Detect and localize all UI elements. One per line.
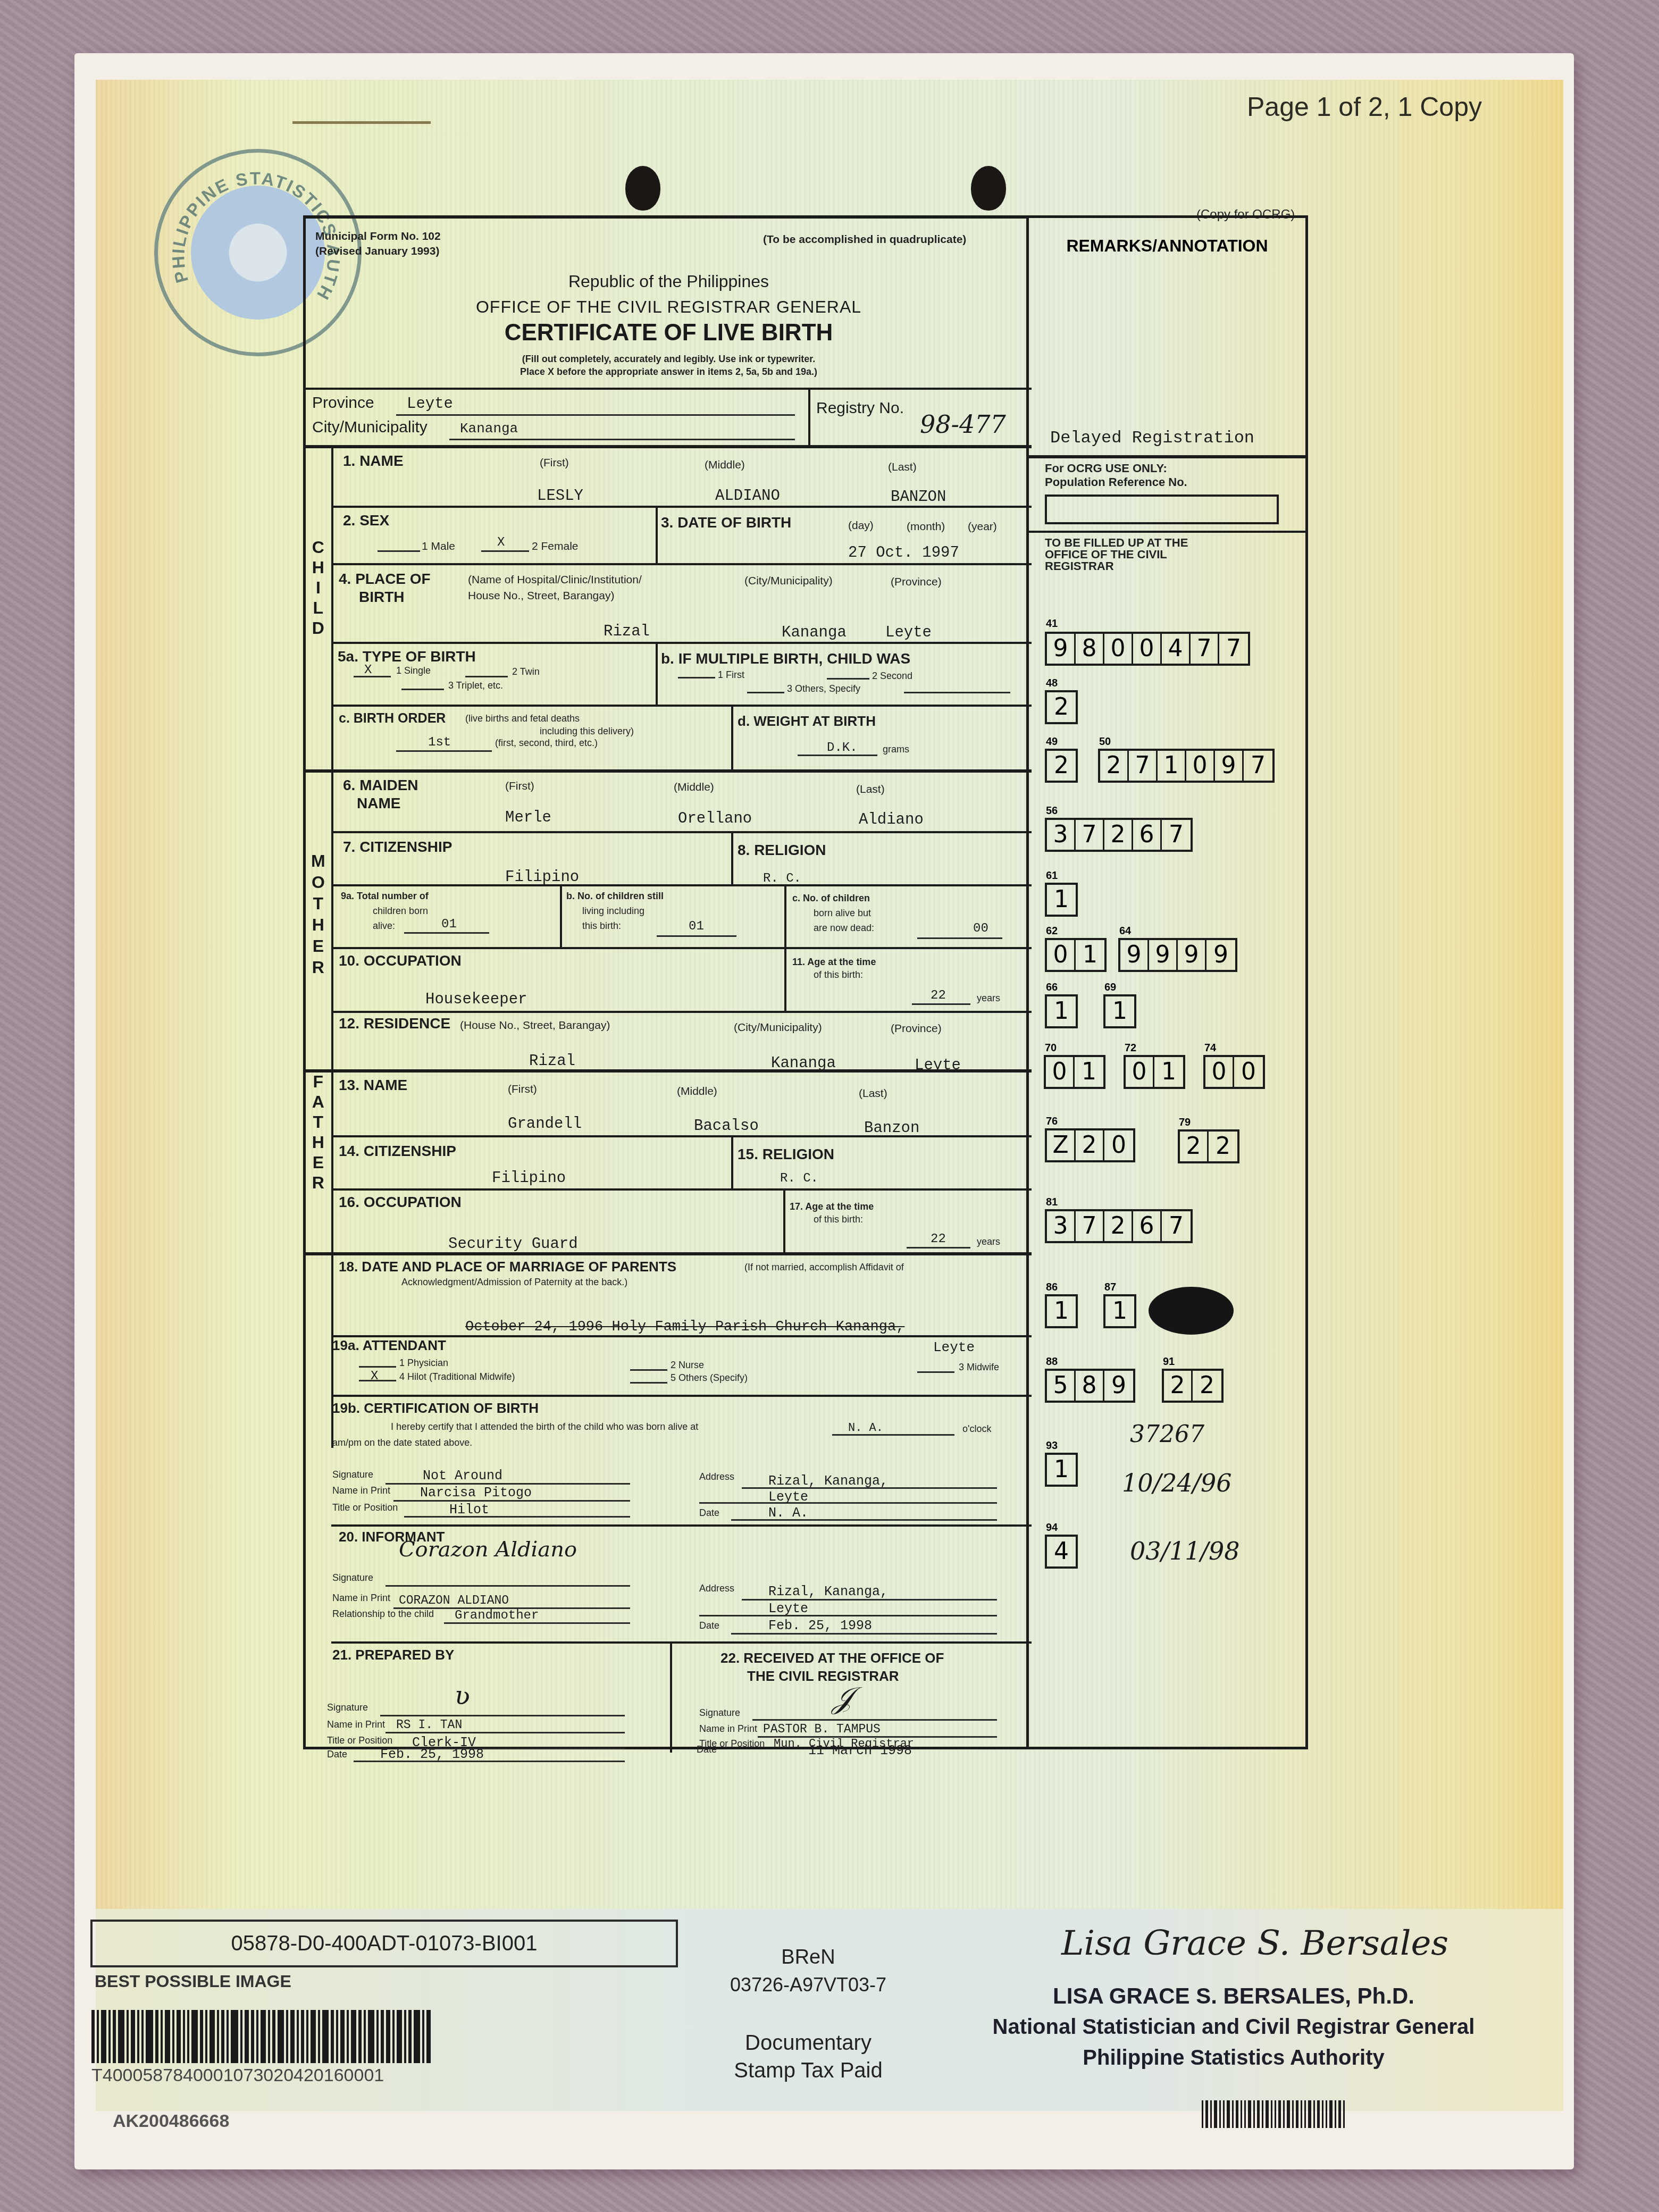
code-79-label: 79: [1179, 1117, 1191, 1129]
underline: [907, 1247, 970, 1249]
digit: 0: [1133, 634, 1162, 664]
digit: 1: [1154, 1057, 1183, 1087]
pob-label: 4. PLACE OF: [339, 571, 431, 588]
code-48-boxes: 2: [1045, 690, 1078, 724]
code-66-label: 66: [1046, 982, 1058, 994]
code-88-boxes: 589: [1045, 1369, 1135, 1403]
prepared-by-date: Feb. 25, 1998: [380, 1747, 484, 1762]
digit: 2: [1180, 1132, 1209, 1161]
divider: [331, 642, 1032, 644]
father-religion-label: 15. RELIGION: [738, 1146, 834, 1163]
divider: [331, 1135, 1032, 1137]
code-91-boxes: 22: [1162, 1369, 1224, 1403]
digit: 9: [1104, 1371, 1133, 1401]
hole-punch-right: [971, 166, 1006, 211]
digit: 7: [1076, 820, 1104, 850]
underline: [912, 1003, 970, 1005]
underline: [396, 414, 795, 416]
mother-age-unit: years: [977, 993, 1000, 1004]
underline: [378, 550, 420, 552]
received-by-date: 11 March 1998: [808, 1743, 912, 1758]
digit: 3: [1047, 820, 1076, 850]
signature-label: Signature: [699, 1707, 740, 1719]
registrar-label-3: REGISTRAR: [1045, 559, 1114, 573]
pob-city: Kananga: [782, 624, 847, 641]
child-last-name: BANZON: [891, 488, 946, 506]
mother-last-name: Aldiano: [859, 811, 924, 828]
attendant-nurse: 2 Nurse: [671, 1360, 704, 1371]
digit: 8: [1076, 634, 1104, 664]
code-74-boxes: 00: [1203, 1055, 1265, 1089]
attendant-name: Narcisa Pitogo: [420, 1485, 532, 1501]
dob-year-label: (year): [968, 521, 997, 533]
type-triplet: 3 Triplet, etc.: [448, 680, 503, 691]
underline: [396, 750, 492, 752]
birth-order-note-2: including this delivery): [540, 726, 634, 737]
attendant-others: 5 Others (Specify): [671, 1372, 748, 1384]
title-label: Title or Position: [327, 1735, 392, 1746]
digit: 1: [1047, 996, 1076, 1026]
remarks-column: REMARKS/ANNOTATION Delayed Registration …: [1026, 215, 1308, 1749]
digit: 2: [1193, 1371, 1221, 1401]
marriage-note-1: (If not married, accomplish Affidavit of: [744, 1262, 904, 1273]
digit: 9: [1120, 940, 1149, 970]
last-label: (Last): [859, 1087, 887, 1100]
redacted-blot: [1149, 1287, 1234, 1335]
divider: [306, 1069, 1032, 1073]
code-76-label: 76: [1046, 1116, 1058, 1128]
code-88-label: 88: [1046, 1356, 1058, 1368]
first-label: (First): [505, 780, 534, 793]
digit: 1: [1047, 1455, 1076, 1485]
born-alive-label-1: 9a. Total number of: [341, 891, 429, 902]
underline: [449, 439, 795, 440]
code-72-boxes: 01: [1124, 1055, 1185, 1089]
certificate-title: CERTIFICATE OF LIVE BIRTH: [306, 320, 1032, 346]
residence-province-label: (Province): [891, 1023, 942, 1035]
digit: 7: [1219, 634, 1248, 664]
attendant-physician: 1 Physician: [399, 1358, 448, 1369]
code-50-label: 50: [1099, 736, 1111, 748]
divider: [331, 1011, 1032, 1013]
received-by-name: PASTOR B. TAMPUS: [763, 1722, 881, 1736]
signature-label: Signature: [332, 1572, 373, 1583]
digit: 1: [1047, 1296, 1076, 1326]
dead-label-3: are now dead:: [814, 923, 874, 934]
dob-value: 27 Oct. 1997: [848, 544, 959, 562]
multiple-others: 3 Others, Specify: [787, 683, 860, 694]
code-64-label: 64: [1119, 925, 1131, 937]
divider: [331, 884, 1032, 886]
signatory-name: LISA GRACE S. BERSALES, Ph.D.: [978, 1983, 1489, 2009]
underline: [404, 932, 489, 934]
divider: [731, 705, 733, 770]
mother-occupation-label: 10. OCCUPATION: [339, 952, 462, 969]
digit: 7: [1191, 634, 1219, 664]
prepared-by-name: RS I. TAN: [396, 1718, 462, 1732]
middle-label: (Middle): [674, 781, 714, 794]
digit: 8: [1076, 1371, 1104, 1401]
attendant-mark: X: [371, 1369, 378, 1384]
barcode-number: T4000587840001073020420160001: [91, 2065, 384, 2086]
code-91-label: 91: [1163, 1356, 1175, 1368]
underline: [465, 676, 508, 677]
born-alive-label-2: children born: [373, 906, 428, 917]
dob-day-label: (day): [848, 520, 874, 532]
divider: [331, 705, 1032, 707]
name-in-print-label: Name in Print: [327, 1719, 385, 1730]
marriage-note-2: Acknowledgment/Admission of Paternity at…: [401, 1277, 627, 1288]
stamp-tax-label-2: Stamp Tax Paid: [702, 2059, 915, 2083]
father-occupation: Security Guard: [448, 1235, 578, 1253]
digit: 2: [1047, 692, 1076, 722]
underline: [481, 550, 529, 552]
population-ref-label: Population Reference No.: [1045, 475, 1187, 489]
living-label-3: this birth:: [582, 920, 621, 932]
code-56-label: 56: [1046, 805, 1058, 817]
digit: 1: [1076, 940, 1104, 970]
code-41-label: 41: [1046, 618, 1058, 630]
hole-punch-left: [625, 166, 660, 211]
population-ref-field[interactable]: [1045, 495, 1279, 524]
birth-order-note-1: (live births and fetal deaths: [465, 713, 580, 724]
ocrg-use-label: For OCRG USE ONLY:: [1045, 462, 1167, 475]
divider: [783, 1188, 785, 1252]
underline: [678, 677, 715, 678]
code-93-boxes: 1: [1045, 1453, 1078, 1487]
underline: [752, 1719, 997, 1721]
digit: 9: [1149, 940, 1178, 970]
dead-label-1: c. No. of children: [792, 893, 870, 904]
weight-unit: grams: [883, 744, 909, 755]
father-name-label: 13. NAME: [339, 1077, 407, 1094]
top-rule: [292, 121, 431, 124]
mother-maiden-label: 6. MAIDEN: [343, 777, 418, 794]
signatory-title: National Statistician and Civil Registra…: [978, 2015, 1489, 2039]
underline: [386, 1585, 630, 1587]
code-61-boxes: 1: [1045, 883, 1078, 917]
certification-text-3: am/pm on the date stated above.: [332, 1437, 472, 1448]
code-86-label: 86: [1046, 1281, 1058, 1294]
first-label: (First): [540, 457, 569, 470]
living-label-2: living including: [582, 906, 644, 917]
underline: [917, 937, 1002, 939]
certification-oclock: o'clock: [962, 1423, 991, 1435]
attendant-address-2: Leyte: [768, 1489, 808, 1505]
received-by-signature: 𝒥: [832, 1681, 853, 1716]
underline: [386, 1483, 630, 1485]
informant-address-2: Leyte: [768, 1601, 808, 1616]
code-62-boxes: 01: [1045, 938, 1107, 972]
code-41-boxes: 9800477: [1045, 632, 1250, 666]
pob-label-2: BIRTH: [359, 589, 405, 606]
code-66-boxes: 1: [1045, 994, 1078, 1028]
section-label-child: CHILD: [306, 538, 330, 645]
code-81-label: 81: [1046, 1196, 1058, 1209]
middle-label: (Middle): [677, 1085, 717, 1098]
pob-province-label: (Province): [891, 576, 942, 589]
code-94-label: 94: [1046, 1522, 1058, 1534]
name-in-print-label: Name in Print: [332, 1593, 390, 1604]
address-label: Address: [699, 1583, 734, 1594]
father-first-name: Grandell: [508, 1115, 582, 1133]
father-age-label-1: 17. Age at the time: [790, 1201, 874, 1212]
mother-residence-label: 12. RESIDENCE: [339, 1015, 450, 1032]
digit: 0: [1047, 940, 1076, 970]
pob-city-label: (City/Municipality): [744, 575, 833, 588]
birth-order-value: 1st: [428, 735, 451, 750]
father-last-name: Banzon: [864, 1119, 919, 1137]
registry-label: Registry No.: [816, 399, 904, 417]
attendant-label: 19a. ATTENDANT: [332, 1337, 446, 1354]
digit: 4: [1047, 1537, 1076, 1566]
section-label-mother: MOTHER: [306, 851, 330, 985]
born-alive-label-3: alive:: [373, 920, 395, 932]
code-86-boxes: 1: [1045, 1294, 1078, 1328]
divider: [306, 445, 1032, 448]
mother-citizenship: Filipino: [505, 868, 579, 886]
received-label-1: 22. RECEIVED AT THE OFFICE OF: [720, 1650, 944, 1666]
form-number: Municipal Form No. 102: [315, 230, 441, 243]
code-61-label: 61: [1046, 870, 1058, 882]
code-70-label: 70: [1045, 1042, 1057, 1054]
marriage-value-2: Leyte: [933, 1339, 975, 1355]
underline: [630, 1369, 667, 1371]
underline: [380, 1715, 625, 1716]
digit: 9: [1047, 634, 1076, 664]
digit: Z: [1047, 1130, 1076, 1160]
code-76-boxes: Z20: [1045, 1128, 1135, 1162]
mother-middle-name: Orellano: [678, 810, 752, 827]
bren-number: 03726-A97VT03-7: [702, 1974, 915, 1996]
mother-religion: R. C.: [763, 872, 801, 886]
barcode-main: [91, 2010, 433, 2063]
code-50-boxes: 271097: [1098, 749, 1275, 783]
name-in-print-label: Name in Print: [332, 1485, 390, 1496]
stamp-tax-label-1: Documentary: [702, 2031, 915, 2055]
divider: [306, 769, 1032, 773]
handwritten-note-3: 03/11/98: [1130, 1537, 1240, 1565]
attendant-signature: Not Around: [423, 1468, 502, 1484]
pob-place: Rizal: [604, 623, 650, 640]
middle-label: (Middle): [705, 459, 745, 472]
underline: [401, 689, 444, 690]
digit: 2: [1076, 1130, 1104, 1160]
code-48-label: 48: [1046, 677, 1058, 690]
digit: 2: [1047, 751, 1076, 781]
underline: [904, 692, 1010, 693]
page-indicator: Page 1 of 2, 1 Copy: [1247, 91, 1482, 122]
date-label: Date: [699, 1507, 719, 1519]
father-age-label-2: of this birth:: [814, 1214, 863, 1225]
address-label: Address: [699, 1471, 734, 1482]
multiple-first: 1 First: [718, 669, 744, 681]
certification-label: 19b. CERTIFICATION OF BIRTH: [332, 1400, 539, 1417]
sex-option-female: 2 Female: [532, 540, 579, 553]
attendant-date: N. A.: [768, 1505, 808, 1521]
mother-age: 22: [931, 988, 946, 1003]
father-religion: R. C.: [780, 1171, 818, 1186]
registrar-signature: Lisa Grace S. Bersales: [1000, 1924, 1510, 1963]
father-age: 22: [931, 1232, 946, 1246]
digit: 1: [1075, 1057, 1103, 1087]
multiple-second: 2 Second: [872, 671, 912, 682]
divider: [331, 1188, 1032, 1191]
registry-number: 98-477: [920, 410, 1006, 439]
living-label-1: b. No. of children still: [566, 891, 664, 902]
child-name-label: 1. NAME: [343, 453, 404, 470]
digit: 0: [1046, 1057, 1075, 1087]
digit: 1: [1158, 751, 1186, 781]
remarks-annotation: Delayed Registration: [1050, 428, 1254, 448]
code-70-boxes: 01: [1044, 1055, 1105, 1089]
certification-time: N. A.: [848, 1421, 883, 1435]
sex-mark: X: [497, 535, 505, 550]
republic-label: Republic of the Philippines: [306, 272, 1032, 291]
divider: [306, 388, 1032, 390]
attendant-title: Hilot: [449, 1502, 489, 1518]
digit: 5: [1047, 1371, 1076, 1401]
divider: [306, 1252, 1032, 1255]
dob-month-label: (month): [907, 521, 945, 533]
underline: [699, 1615, 997, 1616]
mother-religion-label: 8. RELIGION: [738, 842, 826, 859]
digit: 1: [1047, 885, 1076, 915]
digit: 7: [1162, 1211, 1191, 1241]
type-of-birth-label: 5a. TYPE OF BIRTH: [338, 648, 476, 665]
last-label: (Last): [888, 461, 917, 474]
received-date-label: Date: [697, 1744, 717, 1755]
informant-handwritten-name: Corazon Aldiano: [399, 1537, 577, 1562]
code-49-label: 49: [1046, 736, 1058, 748]
code-69-label: 69: [1104, 982, 1116, 994]
code-74-label: 74: [1204, 1042, 1216, 1054]
birth-certificate-form: Municipal Form No. 102 (Revised January …: [303, 215, 1029, 1749]
date-label: Date: [699, 1620, 719, 1631]
divider: [331, 1524, 1032, 1527]
underline: [657, 935, 736, 937]
instructions-2: Place X before the appropriate answer in…: [306, 366, 1032, 378]
digit: 0: [1104, 634, 1133, 664]
divider: [670, 1641, 672, 1753]
prepared-by-label: 21. PREPARED BY: [332, 1647, 454, 1663]
code-87-label: 87: [1104, 1281, 1116, 1294]
divider: [656, 506, 658, 563]
living-value: 01: [689, 919, 704, 934]
code-72-label: 72: [1125, 1042, 1136, 1054]
accomplish-note: (To be accomplished in quadruplicate): [763, 233, 966, 246]
city-label: City/Municipality: [312, 418, 428, 437]
divider: [331, 1641, 1032, 1644]
form-revised: (Revised January 1993): [315, 245, 439, 258]
name-in-print-label: Name in Print: [699, 1723, 757, 1735]
sex-label: 2. SEX: [343, 512, 389, 529]
dead-value: 00: [973, 921, 988, 936]
divider: [1029, 455, 1305, 458]
father-occupation-label: 16. OCCUPATION: [339, 1194, 462, 1211]
informant-relationship: Grandmother: [455, 1608, 539, 1623]
informant-date: Feb. 25, 1998: [768, 1618, 872, 1633]
father-age-unit: years: [977, 1236, 1000, 1247]
code-93-label: 93: [1046, 1440, 1058, 1452]
mother-age-label-1: 11. Age at the time: [792, 957, 876, 968]
last-label: (Last): [856, 783, 885, 796]
type-mark: X: [364, 663, 372, 677]
pob-province: Leyte: [885, 624, 932, 641]
signatory-org: Philippine Statistics Authority: [978, 2046, 1489, 2070]
sex-option-male: 1 Male: [422, 540, 455, 553]
digit: 2: [1209, 1132, 1237, 1161]
divider: [331, 1395, 1032, 1397]
province-value: Leyte: [407, 395, 453, 413]
signature-label: Signature: [332, 1469, 373, 1480]
attendant-hilot: 4 Hilot (Traditional Midwife): [399, 1371, 515, 1382]
underline: [917, 1371, 954, 1373]
dead-label-2: born alive but: [814, 908, 871, 919]
digit: 4: [1162, 634, 1191, 664]
divider: [1029, 531, 1305, 533]
province-label: Province: [312, 394, 374, 412]
divider: [331, 563, 1032, 565]
born-alive-value: 01: [441, 917, 457, 932]
residence-city-label: (City/Municipality): [734, 1021, 822, 1034]
code-56-boxes: 37267: [1045, 818, 1193, 852]
divider: [331, 506, 1032, 508]
digit: 7: [1244, 751, 1272, 781]
received-label-2: THE CIVIL REGISTRAR: [747, 1668, 899, 1685]
section-label-father: FATHER: [306, 1072, 330, 1200]
divider: [731, 831, 733, 884]
underline: [386, 1732, 625, 1733]
date-label: Date: [327, 1749, 347, 1760]
digit: 6: [1133, 1211, 1162, 1241]
underline: [630, 1382, 667, 1384]
divider: [560, 884, 562, 947]
code-79-boxes: 22: [1178, 1129, 1239, 1163]
divider: [331, 947, 1032, 949]
child-middle-name: ALDIANO: [715, 487, 780, 505]
birth-order-note-3: (first, second, third, etc.): [495, 738, 598, 749]
underline: [699, 1502, 997, 1504]
divider: [656, 642, 658, 705]
marriage-label: 18. DATE AND PLACE OF MARRIAGE OF PARENT…: [339, 1259, 676, 1275]
divider: [331, 831, 1032, 833]
prepared-by-signature: ʋ: [455, 1681, 470, 1711]
digit: 1: [1105, 1296, 1134, 1326]
digit: 0: [1186, 751, 1215, 781]
best-possible-image-label: BEST POSSIBLE IMAGE: [95, 1972, 291, 1991]
divider: [808, 388, 810, 446]
digit: 7: [1162, 820, 1191, 850]
child-first-name: LESLY: [537, 487, 583, 505]
digit: 7: [1076, 1211, 1104, 1241]
mother-citizenship-label: 7. CITIZENSHIP: [343, 839, 452, 856]
underline: [827, 678, 869, 680]
relationship-label: Relationship to the child: [332, 1608, 434, 1620]
attendant-address-1: Rizal, Kananga,: [768, 1473, 888, 1489]
city-value: Kananga: [460, 421, 518, 437]
digit: 2: [1104, 820, 1133, 850]
digit: 6: [1133, 820, 1162, 850]
pob-hospital-label: (Name of Hospital/Clinic/Institution/: [468, 574, 642, 586]
digit: 9: [1215, 751, 1244, 781]
instructions-1: (Fill out completely, accurately and leg…: [306, 354, 1032, 365]
certification-text-1: I hereby certify that I attended the bir…: [391, 1421, 698, 1432]
digit: 7: [1129, 751, 1158, 781]
mother-first-name: Merle: [505, 809, 551, 826]
underline: [404, 1516, 630, 1518]
informant-name: CORAZON ALDIANO: [399, 1594, 509, 1607]
